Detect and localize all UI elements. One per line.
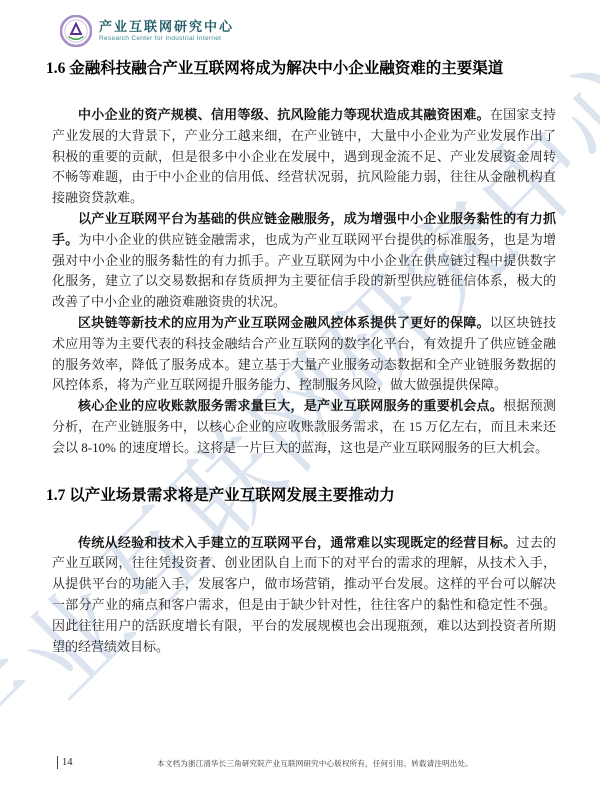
page-number: 14 (62, 757, 73, 768)
section-heading-1-6: 1.6 金融科技融合产业互联网将成为解决中小企业融资难的主要渠道 (46, 58, 556, 80)
paragraph: 传统从经验和技术入手建立的互联网平台，通常难以实现既定的经营目标。过去的产业互联… (52, 533, 556, 658)
paragraph: 中小企业的资产规模、信用等级、抗风险能力等现状造成其融资困难。在国家支持产业发展… (52, 105, 556, 209)
page-header: 产业互联网研究中心 Research Center for Industrial… (60, 15, 234, 47)
footer-divider (57, 756, 58, 769)
paragraph-lead: 传统从经验和技术入手建立的互联网平台，通常难以实现既定的经营目标。 (78, 535, 516, 550)
paragraph-body: 为中小企业的供应链金融需求，也成为产业互联网平台提供的标准服务，也是为增强对中小… (52, 232, 556, 309)
document-content: 1.6 金融科技融合产业互联网将成为解决中小企业融资难的主要渠道 中小企业的资产… (0, 58, 600, 657)
paragraph-lead: 核心企业的应收账款服务需求量巨大，是产业互联网服务的重要机会点。 (78, 398, 503, 413)
org-name: 产业互联网研究中心 (99, 20, 234, 34)
section-heading-1-7: 1.7 以产业场景需求将是产业互联网发展主要推动力 (46, 485, 556, 507)
paragraph: 核心企业的应收账款服务需求量巨大，是产业互联网服务的重要机会点。根据预测分析，在… (52, 396, 556, 458)
paragraph-lead: 中小企业的资产规模、信用等级、抗风险能力等现状造成其融资困难。 (78, 107, 490, 122)
paragraph: 以产业互联网平台为基础的供应链金融服务，成为增强中小企业服务黏性的有力抓手。为中… (52, 209, 556, 313)
org-identity: 产业互联网研究中心 Research Center for Industrial… (99, 20, 234, 42)
copyright-text: 本文档为浙江清华长三角研究院产业互联网研究中心版权所有，任何引用、转载请注明出处… (90, 758, 540, 769)
paragraph-lead: 区块链等新技术的应用为产业互联网金融风控体系提供了更好的保障。 (78, 315, 490, 330)
org-name-en: Research Center for Industrial Internet (99, 35, 234, 42)
paragraph-body: 过去的产业互联网，往往凭投资者、创业团队自上而下的对平台的需求的理解，从技术入手… (52, 535, 556, 654)
page-number-block: 14 (57, 756, 73, 769)
page-footer: 14 本文档为浙江清华长三角研究院产业互联网研究中心版权所有，任何引用、转载请注… (0, 754, 600, 776)
paragraph: 区块链等新技术的应用为产业互联网金融风控体系提供了更好的保障。以区块链技术应用等… (52, 313, 556, 396)
org-logo-icon (60, 15, 92, 47)
document-page: 产业互联网研究中心 产业互联网研究中心 Research Center for … (0, 0, 600, 808)
